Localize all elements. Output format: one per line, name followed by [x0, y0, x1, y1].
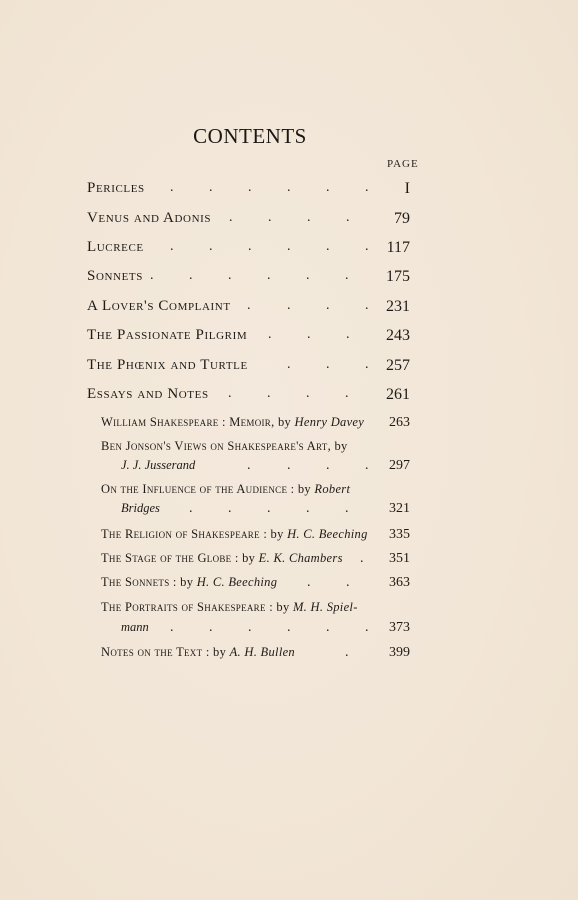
- entry-page: 257: [385, 357, 410, 375]
- entry-page: 243: [385, 327, 410, 345]
- leader-dot: .: [267, 386, 271, 402]
- leader-dot: .: [287, 239, 291, 255]
- leader-dot: .: [170, 620, 174, 636]
- leader-dot: .: [307, 210, 311, 226]
- subentry-author: J. J. Jusserand: [121, 458, 195, 473]
- leader-dot: .: [248, 620, 252, 636]
- entry-title: The Phœnix and Turtle: [87, 357, 248, 374]
- subentry-author: Bridges: [121, 501, 160, 516]
- leader-dot: .: [345, 386, 349, 402]
- leader-dot: .: [228, 386, 232, 402]
- subentry-author: H. C. Beeching: [197, 575, 278, 589]
- leader-dot: .: [326, 458, 330, 474]
- leader-dot: .: [365, 239, 369, 255]
- leader-dot: .: [360, 551, 364, 567]
- leader-dot: .: [228, 501, 232, 517]
- leader-dot: .: [326, 239, 330, 255]
- leader-dot: .: [326, 357, 330, 373]
- subentry-title: Notes on the Text : by A. H. Bullen: [101, 645, 295, 660]
- leader-dot: .: [307, 327, 311, 343]
- subentry-author: Robert: [314, 482, 350, 496]
- leader-dot: .: [268, 210, 272, 226]
- entry-title: A Lover's Complaint: [87, 298, 231, 315]
- leader-dot: .: [287, 458, 291, 474]
- subentry-title: The Portraits of Shakespeare : by M. H. …: [101, 600, 358, 615]
- entry-title: Essays and Notes: [87, 386, 209, 403]
- leader-dot: .: [247, 298, 251, 314]
- leader-dot: .: [345, 645, 349, 661]
- leader-dot: .: [326, 298, 330, 314]
- leader-dot: .: [287, 298, 291, 314]
- leader-dot: .: [248, 180, 252, 196]
- leader-dot: .: [247, 458, 251, 474]
- subentry-title: William Shakespeare : Memoir, by Henry D…: [101, 415, 364, 430]
- leader-dot: .: [307, 575, 311, 591]
- leader-dot: .: [365, 620, 369, 636]
- leader-dot: .: [229, 210, 233, 226]
- leader-dot: .: [365, 357, 369, 373]
- subentry-author: Henry Davey: [295, 415, 365, 429]
- subentry-title: Ben Jonson's Views on Shakespeare's Art,…: [101, 439, 348, 454]
- subentry-title: The Religion of Shakespeare : by H. C. B…: [101, 527, 368, 542]
- entry-page: I: [385, 180, 410, 198]
- subentry-author: M. H. Spiel-: [293, 600, 358, 614]
- page-column-label: PAGE: [387, 158, 419, 170]
- subentry-page: 321: [385, 501, 410, 517]
- entry-page: 117: [385, 239, 410, 257]
- leader-dot: .: [268, 327, 272, 343]
- subentry-author: H. C. Beeching: [287, 527, 368, 541]
- leader-dot: .: [287, 180, 291, 196]
- leader-dot: .: [326, 620, 330, 636]
- leader-dot: .: [365, 298, 369, 314]
- leader-dot: .: [170, 239, 174, 255]
- leader-dot: .: [287, 620, 291, 636]
- subentry-title: The Stage of the Globe : by E. K. Chambe…: [101, 551, 343, 566]
- subentry-author: A. H. Bullen: [230, 645, 295, 659]
- leader-dot: .: [189, 501, 193, 517]
- subentry-title: On the Influence of the Audience : by Ro…: [101, 482, 350, 497]
- subentry-page: 351: [385, 551, 410, 567]
- leader-dot: .: [170, 180, 174, 196]
- subentry-author: E. K. Chambers: [259, 551, 343, 565]
- leader-dot: .: [267, 268, 271, 284]
- subentry-page: 263: [385, 415, 410, 431]
- entry-title: Venus and Adonis: [87, 210, 211, 227]
- subentry-page: 297: [385, 458, 410, 474]
- entry-title: Pericles: [87, 180, 145, 197]
- subentry-author: mann: [121, 620, 149, 635]
- entry-page: 231: [385, 298, 410, 316]
- entry-title: Sonnets: [87, 268, 143, 285]
- subentry-page: 373: [385, 620, 410, 636]
- entry-page: 175: [385, 268, 410, 286]
- entry-page: 261: [385, 386, 410, 404]
- leader-dot: .: [346, 575, 350, 591]
- leader-dot: .: [287, 357, 291, 373]
- subentry-page: 335: [385, 527, 410, 543]
- leader-dot: .: [150, 268, 154, 284]
- page-title: CONTENTS: [0, 124, 500, 149]
- leader-dot: .: [209, 620, 213, 636]
- leader-dot: .: [306, 386, 310, 402]
- leader-dot: .: [189, 268, 193, 284]
- leader-dot: .: [345, 501, 349, 517]
- subentry-title: The Sonnets : by H. C. Beeching: [101, 575, 277, 590]
- entry-title: The Passionate Pilgrim: [87, 327, 247, 344]
- entry-title: Lucrece: [87, 239, 144, 256]
- subentry-page: 363: [385, 575, 410, 591]
- leader-dot: .: [209, 239, 213, 255]
- subentry-page: 399: [385, 645, 410, 661]
- leader-dot: .: [345, 268, 349, 284]
- leader-dot: .: [306, 268, 310, 284]
- leader-dot: .: [346, 327, 350, 343]
- leader-dot: .: [365, 180, 369, 196]
- leader-dot: .: [267, 501, 271, 517]
- entry-page: 79: [385, 210, 410, 228]
- leader-dot: .: [346, 210, 350, 226]
- leader-dot: .: [248, 239, 252, 255]
- leader-dot: .: [209, 180, 213, 196]
- contents-page: CONTENTS PAGE Pericles ...... I Venus an…: [0, 0, 578, 900]
- leader-dot: .: [228, 268, 232, 284]
- leader-dot: .: [365, 458, 369, 474]
- leader-dot: .: [326, 180, 330, 196]
- leader-dot: .: [306, 501, 310, 517]
